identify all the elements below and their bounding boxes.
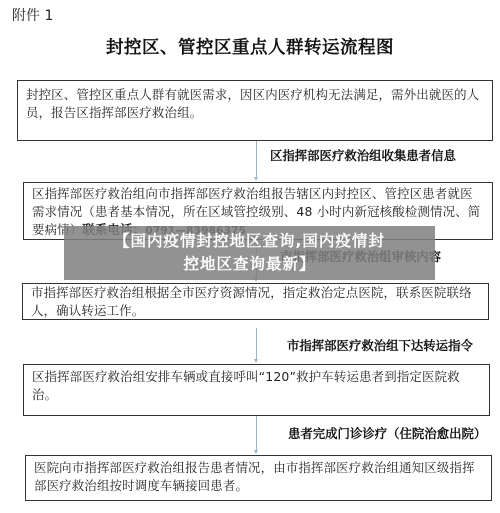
flow-step-5-box: 医院向市指挥部医疗救治组报告患者情况，由市指挥部医疗救治组通知区级指挥部医疗救治… bbox=[25, 455, 492, 501]
connector-line-3 bbox=[256, 328, 257, 361]
arrow-down-icon bbox=[254, 359, 258, 363]
arrow-down-icon bbox=[254, 450, 258, 454]
arrow-down-icon bbox=[254, 177, 258, 181]
flow-step-4-text: 区指挥部医疗救治组安排车辆或直接呼叫“120”救护车转运患者到指定医院救治。 bbox=[32, 369, 460, 402]
overlay-banner: 【国内疫情封控地区查询,国内疫情封 控地区查询最新】 bbox=[64, 226, 435, 280]
document-title: 封控区、管控区重点人群转运流程图 bbox=[0, 34, 500, 59]
connector-label-1: 区指挥部医疗救治组收集患者信息 bbox=[270, 146, 456, 164]
flow-step-4-box: 区指挥部医疗救治组安排车辆或直接呼叫“120”救护车转运患者到指定医院救治。 bbox=[23, 364, 490, 416]
connector-line-4 bbox=[256, 416, 257, 452]
attachment-label: 附件 1 bbox=[12, 5, 53, 25]
flow-step-5-text: 医院向市指挥部医疗救治组报告患者情况，由市指挥部医疗救治组通知区级指挥部医疗救治… bbox=[34, 460, 475, 493]
overlay-line-1: 【国内疫情封控地区查询,国内疫情封 bbox=[64, 230, 435, 253]
overlay-line-2: 控地区查询最新】 bbox=[64, 253, 435, 276]
flow-step-3-text: 市指挥部医疗救治组根据全市医疗资源情况，指定救治定点医院，联系医院联络人，确认转… bbox=[31, 285, 472, 318]
flow-step-3-box: 市指挥部医疗救治组根据全市医疗资源情况，指定救治定点医院，联系医院联络人，确认转… bbox=[22, 283, 489, 320]
flow-step-1-text: 封控区、管控区重点人群有就医需求，因区内医疗机构无法满足，需外出就医的人员，报告… bbox=[26, 87, 479, 120]
connector-label-4: 患者完成门诊诊疗（住院治愈出院） bbox=[288, 424, 486, 442]
connector-line-1 bbox=[256, 141, 257, 179]
flow-step-1-box: 封控区、管控区重点人群有就医需求，因区内医疗机构无法满足，需外出就医的人员，报告… bbox=[17, 80, 493, 141]
connector-label-3: 市指挥部医疗救治组下达转运指令 bbox=[287, 336, 473, 354]
